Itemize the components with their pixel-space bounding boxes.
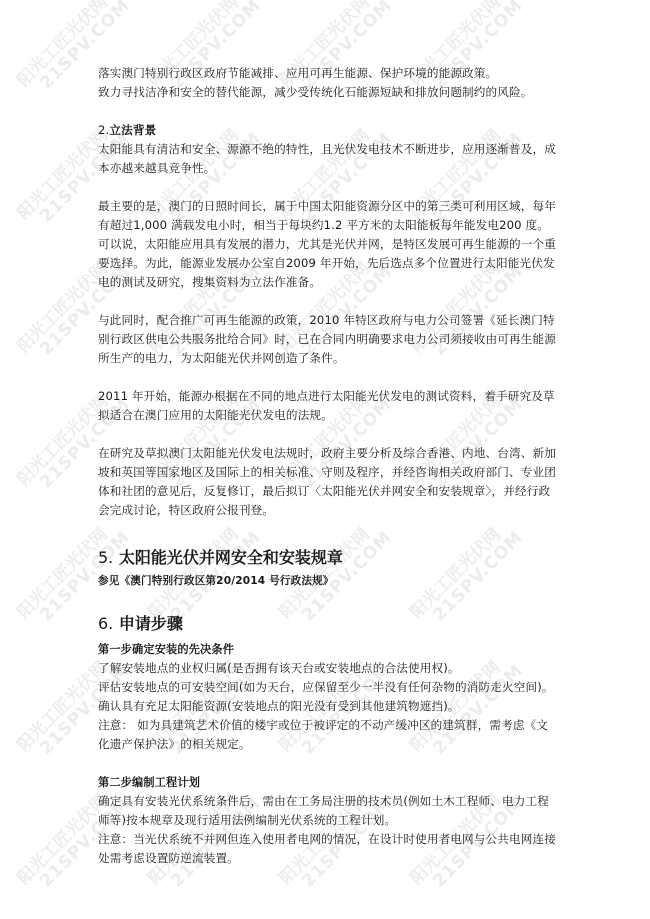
section-number: 5.: [98, 548, 113, 567]
legislative-background-heading: 2.立法背景: [98, 121, 558, 140]
step-1-line: 评估安装地点的可安装空间(如为天台，应保留至少一半没有任何杂物的消防走火空间)。: [98, 678, 558, 697]
heading-text: 立法背景: [109, 123, 156, 137]
step-1-line: 确认具有充足太阳能资源(安装地点的阳光没有受到其他建筑物遮挡)。: [98, 697, 558, 716]
heading-number: 2.: [98, 123, 109, 137]
section-title-text: 太阳能光伏并网安全和安装规章: [119, 548, 343, 567]
step-2-line: 确定具有安装光伏系统条件后，需由在工务局注册的技术员(例如土木工程师、电力工程师…: [98, 792, 558, 830]
step-1-line: 了解安装地点的业权归属(是否拥有该天台或安装地点的合法使用权)。: [98, 659, 558, 678]
background-paragraph: 在研究及草拟澳门太阳能光伏发电法规时，政府主要分析及综合香港、内地、台湾、新加坡…: [98, 444, 558, 520]
background-paragraph: 与此同时，配合推广可再生能源的政策，2010 年特区政府与电力公司签署《延长澳门…: [98, 311, 558, 368]
section-5-title: 5. 太阳能光伏并网安全和安装规章: [98, 546, 558, 570]
step-2-note: 注意：当光伏系统不并网但连入使用者电网的情况，在设计时使用者电网与公共电网连接处…: [98, 830, 558, 868]
intro-line: 致力寻找洁净和安全的替代能源，减少受传统化石能源短缺和排放问题制约的风险。: [98, 83, 558, 102]
intro-line: 落实澳门特别行政区政府节能减排、应用可再生能源、保护环境的能源政策。: [98, 64, 558, 83]
background-paragraph: 2011 年开始，能源办根据在不同的地点进行太阳能光伏发电的测试资料，着手研究及…: [98, 387, 558, 425]
section-number: 6.: [98, 614, 113, 633]
section-title-text: 申请步骤: [119, 614, 183, 633]
background-paragraph: 最主要的是，澳门的日照时间长，属于中国太阳能资源分区中的第三类可利用区域，每年有…: [98, 197, 558, 292]
step-1-title: 第一步确定安装的先决条件: [98, 640, 558, 659]
step-2-title: 第二步编制工程计划: [98, 773, 558, 792]
section-6-title: 6. 申请步骤: [98, 612, 558, 636]
regulation-reference: 参见《澳门特别行政区第20/2014 号行政法规》: [98, 570, 558, 592]
background-paragraph: 太阳能具有清洁和安全、源源不绝的特性，且光伏发电技术不断进步，应用逐渐普及，成本…: [98, 140, 558, 178]
step-1-note: 注意： 如为具建筑艺术价值的楼宇或位于被评定的不动产缓冲区的建筑群，需考虑《文化…: [98, 716, 558, 754]
document-page: 落实澳门特别行政区政府节能减排、应用可再生能源、保护环境的能源政策。 致力寻找洁…: [98, 64, 558, 868]
